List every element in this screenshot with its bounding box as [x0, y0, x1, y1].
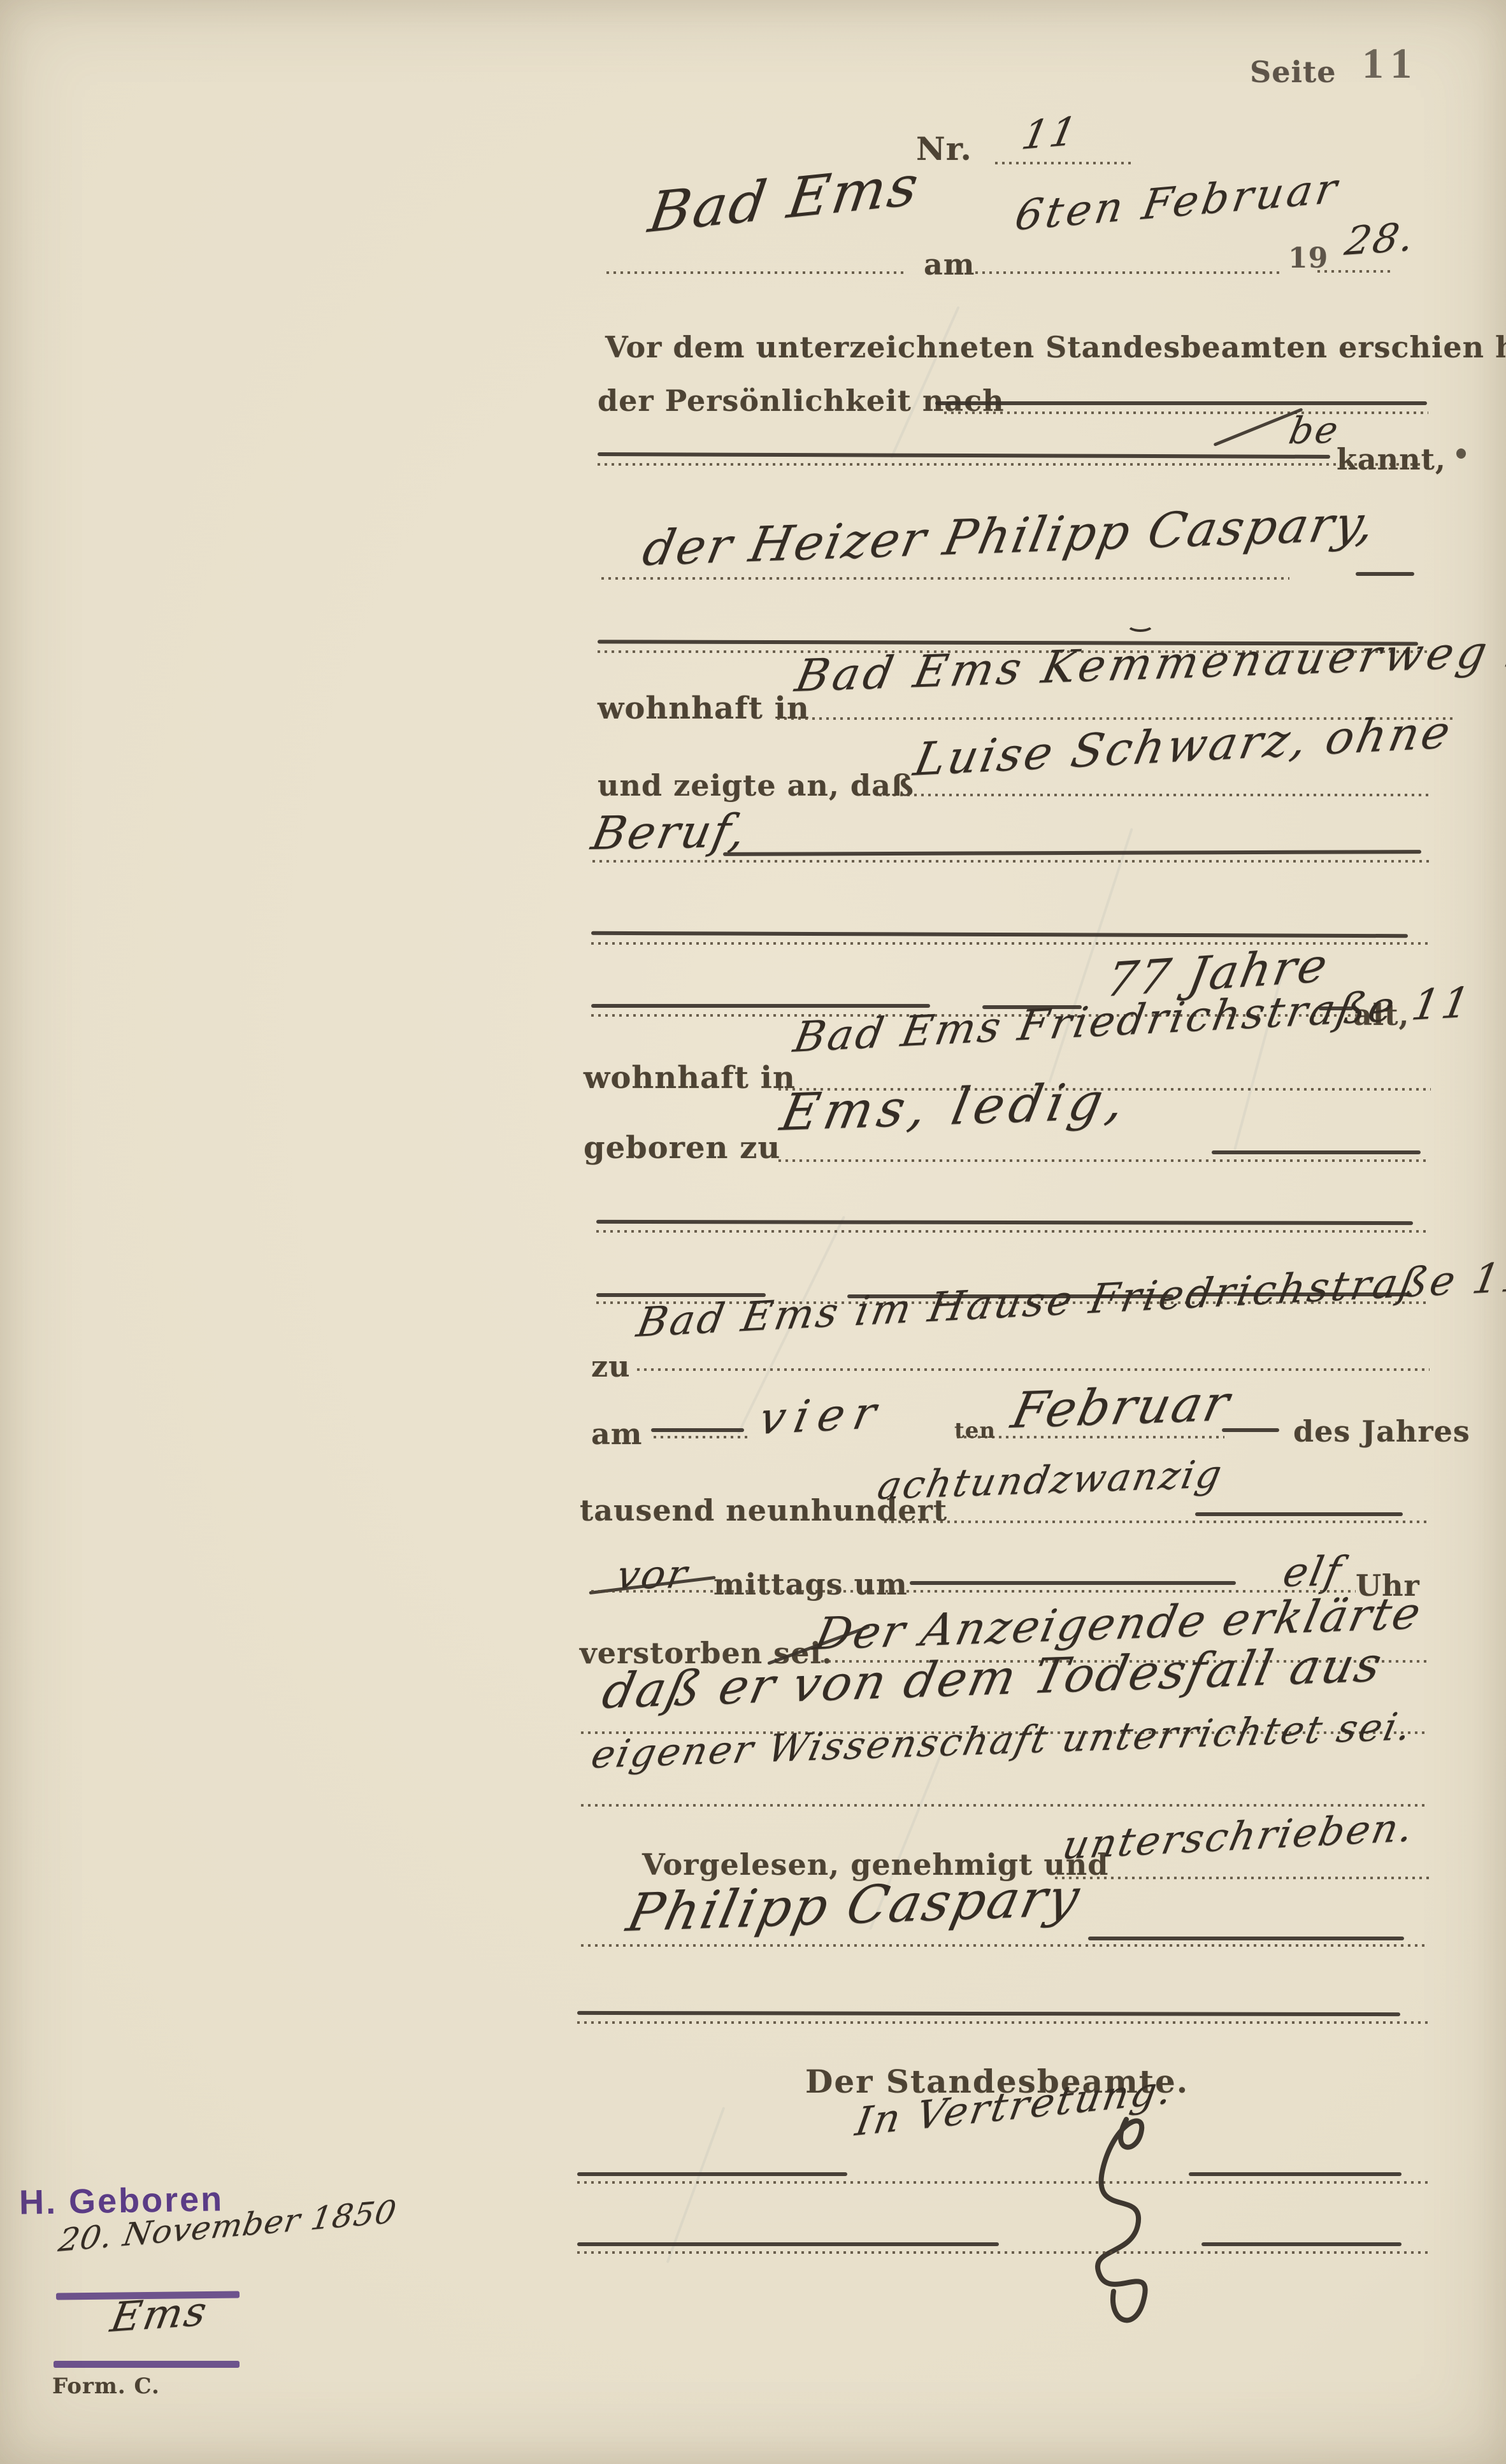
- death-place-handwritten: Bad Ems im Hause Friedrichstraße 11: [633, 1254, 1506, 1347]
- beruf-handwritten: Beruf,: [587, 804, 752, 860]
- fillin-dotted-line: [577, 2181, 1428, 2184]
- fillin-dotted-line: [592, 860, 1430, 863]
- fillin-dotted-line: [606, 271, 905, 274]
- fillin-dotted-line: [581, 1944, 1428, 1947]
- declarant-name-handwritten: der Heizer Philipp Caspary,: [638, 494, 1381, 577]
- ink-void-line: [577, 2242, 999, 2246]
- ink-squiggle: [1126, 617, 1154, 632]
- ten-suffix-printed: ten: [954, 1418, 996, 1443]
- fillin-dotted-line: [944, 412, 1428, 414]
- death-day-handwritten: vier: [755, 1386, 889, 1445]
- ink-void-line: [723, 850, 1421, 856]
- ink-void-line: [591, 1004, 930, 1008]
- ink-dash: [651, 1428, 744, 1432]
- wohnhaft-label-declarant: wohnhaft in: [598, 691, 810, 726]
- ink-blot: [1456, 448, 1466, 459]
- fillin-dotted-line: [598, 463, 1430, 466]
- stamp-underline: [54, 2361, 240, 2368]
- geboren-zu-label: geboren zu: [584, 1130, 780, 1166]
- fillin-dotted-line: [577, 2251, 1428, 2254]
- fillin-dotted-line: [637, 1368, 1430, 1371]
- ink-void-line: [591, 931, 1408, 938]
- ink-void-line: [1189, 2172, 1402, 2176]
- ink-void-line: [1088, 1937, 1404, 1940]
- fillin-dotted-line: [884, 1521, 1430, 1523]
- kannt-printed: kannt,: [1337, 442, 1446, 476]
- ink-void-line: [910, 1581, 1236, 1585]
- page-number-stamp: 11: [1362, 38, 1421, 89]
- am-label-death: am: [591, 1417, 642, 1451]
- fillin-dotted-line: [1317, 270, 1393, 273]
- des-jahres-label: des Jahres: [1293, 1414, 1470, 1449]
- fillin-dotted-line: [879, 794, 1432, 796]
- deceased-birthplace-handwritten: Ems, ledig,: [776, 1071, 1135, 1142]
- fillin-dotted-line: [968, 271, 1282, 274]
- fillin-dotted-line: [577, 2021, 1428, 2024]
- ink-void-line: [1212, 1150, 1421, 1154]
- wohnhaft-label-deceased: wohnhaft in: [584, 1060, 796, 1096]
- be-handwritten: be: [1286, 408, 1344, 452]
- record-number-value: 11: [1018, 108, 1082, 159]
- form-intro-line1: Vor dem unterzeichneten Standesbeamten e…: [605, 330, 1506, 364]
- registration-place-handwritten: Bad Ems: [645, 152, 924, 245]
- mittags-um-label: mittags um: [714, 1567, 908, 1601]
- ink-void-line: [577, 2172, 847, 2176]
- form-c-label: Form. C.: [52, 2374, 160, 2399]
- bleedthrough-stroke: [666, 2107, 726, 2263]
- registrar-signature-scrawl: [1013, 2112, 1210, 2335]
- death-year-handwritten: achtundzwanzig: [874, 1452, 1227, 1508]
- form-intro-line2: der Persönlichkeit nach: [598, 383, 1005, 418]
- ink-void-line: [1356, 572, 1414, 576]
- unterschrieben-handwritten: unterschrieben.: [1059, 1804, 1419, 1868]
- zeigte-an-label: und zeigte an, daß: [598, 768, 914, 803]
- ink-void-line: [935, 401, 1427, 405]
- registration-year-handwritten: 28.: [1342, 213, 1419, 264]
- am-label: am: [924, 247, 975, 282]
- fillin-dotted-line: [778, 1159, 1430, 1162]
- zu-label: zu: [591, 1349, 631, 1384]
- fillin-dotted-line: [596, 1230, 1430, 1233]
- page-label-seite: Seite: [1250, 55, 1336, 89]
- fillin-dotted-line: [957, 1436, 1224, 1438]
- fillin-dotted-line: [591, 1590, 1356, 1593]
- ink-void-line: [598, 452, 1330, 459]
- death-record-page: Seite 11 Nr. 11 Bad Ems am 6ten Februar …: [0, 0, 1506, 2464]
- fillin-dotted-line: [601, 577, 1289, 580]
- ink-void-line: [1201, 2242, 1402, 2246]
- fillin-dotted-line: [654, 1436, 748, 1438]
- fillin-dotted-line: [1055, 1877, 1432, 1879]
- death-hour-handwritten: elf: [1279, 1548, 1347, 1596]
- fillin-dotted-line: [995, 162, 1134, 164]
- bleedthrough-stroke: [890, 306, 959, 458]
- fillin-dotted-line: [581, 1804, 1428, 1807]
- ink-void-line: [596, 1220, 1413, 1225]
- ink-void-line: [577, 2011, 1400, 2016]
- registration-day-handwritten: 6ten Februar: [1012, 164, 1344, 240]
- ink-void-line: [1195, 1512, 1403, 1516]
- record-number-label: Nr.: [916, 130, 972, 168]
- death-month-handwritten: Februar: [1007, 1375, 1236, 1440]
- declarant-residence-handwritten: Bad Ems Kemmenauerweg 21: [791, 623, 1506, 702]
- birth-place-handwritten: Ems: [107, 2288, 212, 2342]
- ink-dash: [1222, 1428, 1279, 1432]
